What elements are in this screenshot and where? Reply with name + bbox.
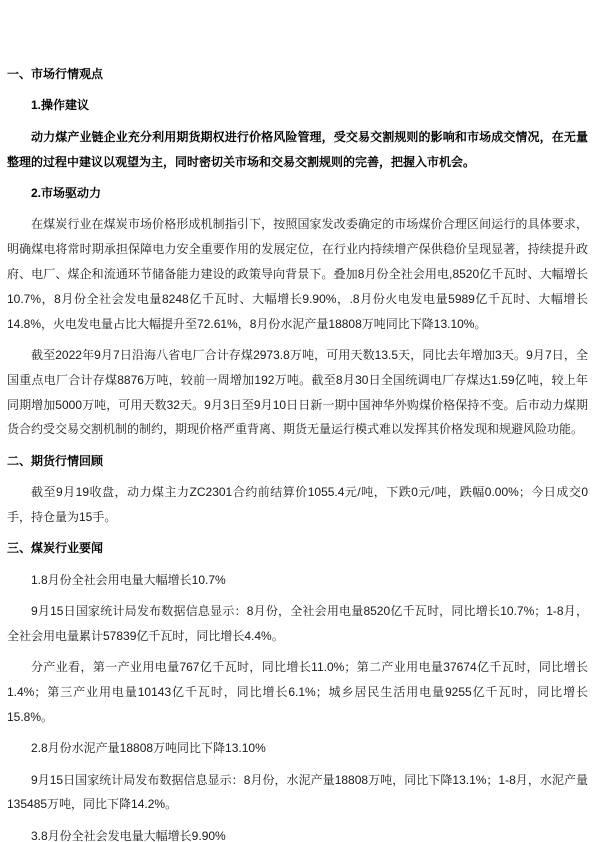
heading-futures-review: 二、期货行情回顾 [7,449,588,474]
news-3-title: 3.8月份全社会发电量大幅增长9.90% [7,824,588,842]
news-1-para-1: 9月15日国家统计局发布数据信息显示：8月份，全社会用电量8520亿千瓦时，同比… [7,599,588,649]
news-2-title: 2.8月份水泥产量18808万吨同比下降13.10% [7,736,588,761]
para-market-drivers-1: 在煤炭行业在煤炭市场价格形成机制指引下，按照国家发改委确定的市场煤价合理区间运行… [7,212,588,336]
para-market-drivers-2: 截至2022年9月7日沿海八省电厂合计存煤2973.8万吨，可用天数13.5天，… [7,343,588,442]
heading-market-view: 一、市场行情观点 [7,62,588,87]
heading-coal-industry-news: 三、煤炭行业要闻 [7,536,588,561]
news-2-para-1: 9月15日国家统计局发布数据信息显示：8月份，水泥产量18808万吨，同比下降1… [7,768,588,818]
report-page: 一、市场行情观点 1.操作建议 动力煤产业链企业充分利用期货期权进行价格风险管理… [0,0,595,842]
subheading-market-drivers: 2.市场驱动力 [7,181,588,206]
para-operation-advice: 动力煤产业链企业充分利用期货期权进行价格风险管理，受交易交割规则的影响和市场成交… [7,125,588,175]
subheading-operation-advice: 1.操作建议 [7,93,588,118]
news-1-para-2: 分产业看，第一产业用电量767亿千瓦时，同比增长11.0%；第二产业用电量376… [7,655,588,729]
para-futures-review: 截至9月19收盘，动力煤主力ZC2301合约前结算价1055.4元/吨，下跌0元… [7,480,588,530]
news-1-title: 1.8月份全社会用电量大幅增长10.7% [7,568,588,593]
